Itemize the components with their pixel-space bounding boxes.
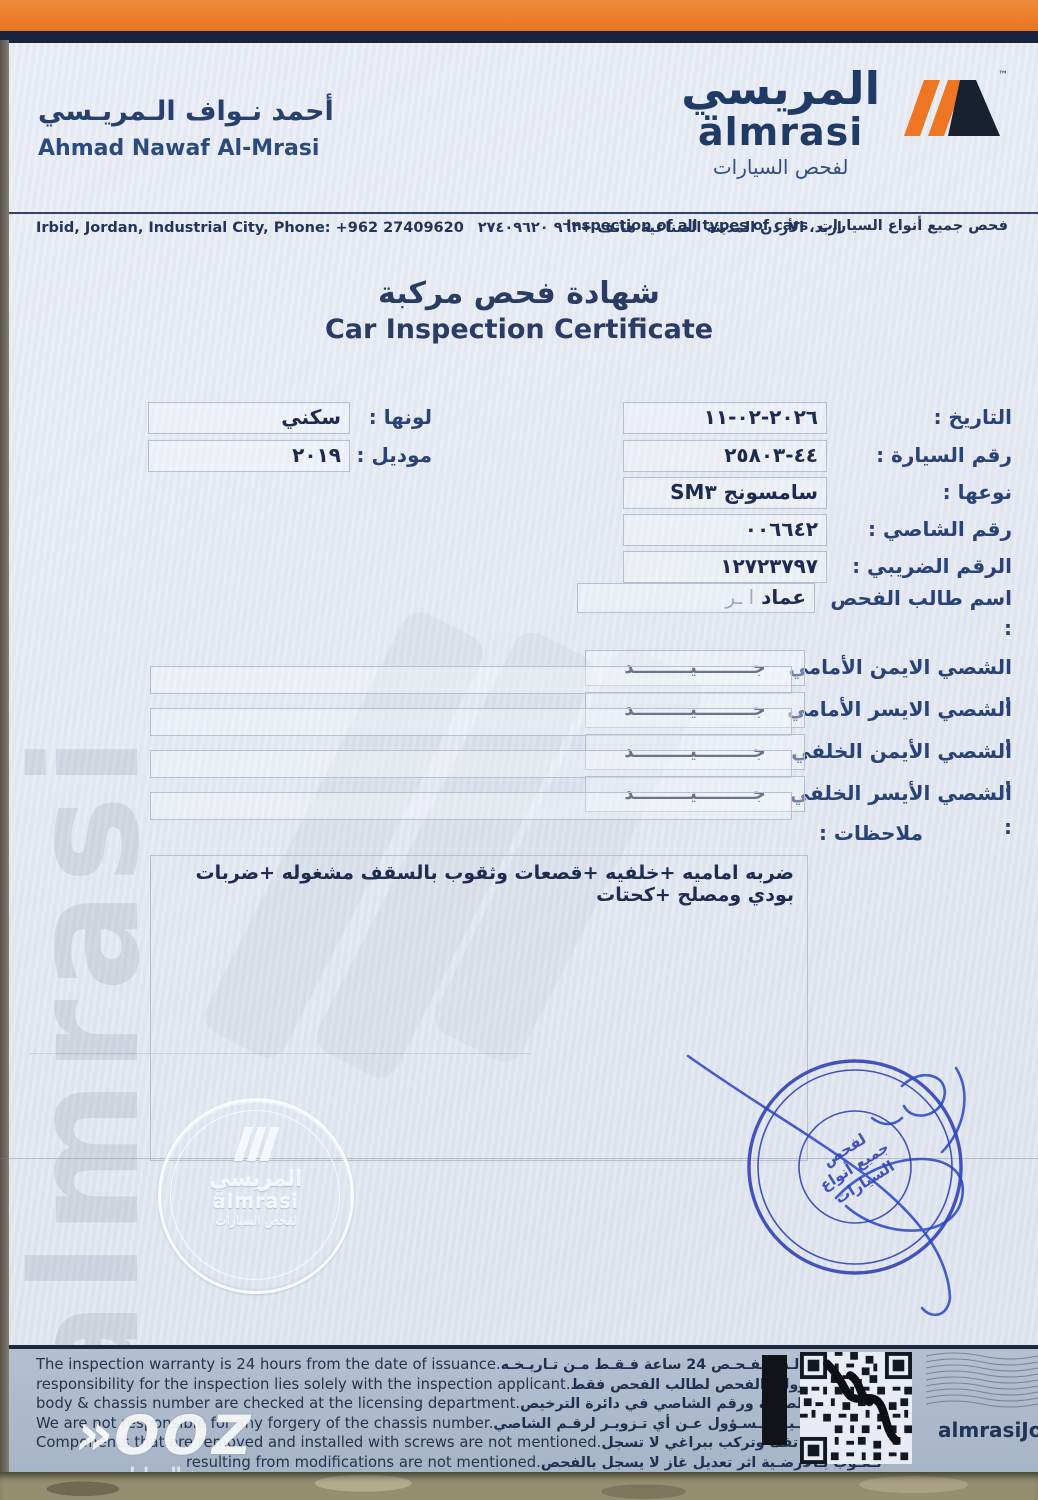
applicant-name-faded-print: ا ـر (725, 585, 754, 609)
field-value-tax-number: ١٢٧٢٣٧٩٧ (624, 552, 826, 581)
inspection-scope: Inspection of all types of cars فحص جميع… (566, 218, 1008, 234)
social-media-row: almrasiJo (926, 1418, 1038, 1442)
brand-text: المريسي älmrasi لفحص السيارات (681, 66, 880, 182)
certificate-title-arabic: شهادة فحص مركبة (0, 276, 1038, 311)
field-label-car-number: رقم السيارة : (822, 440, 1012, 470)
field-box-type: سامسونج SM٣ (623, 477, 827, 509)
field-box-car-number: ٤٤-٢٥٨٠٣ (623, 440, 827, 472)
svg-text:✱ مركز المريسي لفحص جميع أنواع: ✱ مركز المريسي لفحص جميع أنواع السيارات … (740, 1052, 752, 1057)
brand-name-latin: älmrasi (681, 112, 880, 152)
field-value-car-number: ٤٤-٢٥٨٠٣ (624, 441, 826, 470)
brand-tagline: لفحص السيارات (681, 152, 880, 182)
field-label-chassis-number: رقم الشاصي : (822, 514, 1012, 544)
footer-black-bar (762, 1355, 787, 1445)
footer-line-2-ar: مسؤولية الفحص لطالب الفحص فقط (571, 1377, 831, 1393)
inspection-scope-english: Inspection of all types of cars (566, 218, 808, 234)
field-box-color: سكني (148, 402, 350, 434)
field-value-type: سامسونج SM٣ (624, 478, 826, 507)
field-value-applicant-name: عماد ا ـر (578, 584, 814, 611)
notes-text: ضربه اماميه +خلفيه +قصعات وثقوب بالسقف م… (160, 862, 794, 906)
field-value-date: ٢٠٢٦-٠٢-١١ (624, 403, 826, 432)
stamp-ring-text: ✱ مركز المريسي لفحص جميع أنواع السيارات … (740, 1052, 752, 1057)
contact-english: Irbid, Jordan, Industrial City, Phone: +… (36, 220, 464, 236)
header-divider (9, 212, 1038, 214)
photo-background-surface (0, 1472, 1038, 1500)
blue-ink-stamp: ✱ مركز المريسي لفحص جميع أنواع السيارات … (740, 1052, 970, 1282)
document-orange-band (0, 0, 1038, 31)
field-label-model-year: موديل : (352, 440, 432, 470)
owner-name-arabic: أحمد نـواف الـمريـسي (38, 96, 334, 127)
paper-crease-line (30, 1053, 530, 1054)
inspection-scope-arabic: فحص جميع أنواع السيارات (818, 218, 1008, 234)
field-box-model-year: ٢٠١٩ (148, 440, 350, 472)
field-label-tax-number: الرقم الضريبي : (822, 551, 1012, 581)
owner-name-english: Ahmad Nawaf Al-Mrasi (38, 136, 319, 161)
brand-name-arabic: المريسي (681, 66, 880, 112)
qr-code (800, 1352, 912, 1464)
notes-label: ملاحظات : (803, 818, 923, 848)
brand-logo-icon: ™ (894, 66, 1006, 162)
field-box-tax-number: ١٢٧٢٣٧٩٧ (623, 551, 827, 583)
document-navy-band (0, 31, 1038, 43)
footer-line-1-en: The inspection warranty is 24 hours from… (36, 1356, 501, 1373)
chassis-empty-box-rear-right (150, 750, 792, 778)
social-handle: almrasiJo (938, 1418, 1038, 1442)
field-value-model-year: ٢٠١٩ (149, 441, 349, 470)
field-box-applicant-name: عماد ا ـر (577, 583, 815, 613)
embossed-seal: المريسي älmrasi لفحص السيارات (158, 1098, 354, 1294)
side-watermark-text: almrasi (0, 715, 160, 1415)
field-value-chassis-number: ٠٠٦٦٤٢ (624, 515, 826, 544)
field-label-color: لونها : (352, 402, 432, 432)
zooz-watermark: » OOZ جوز السيارات (50, 1408, 280, 1482)
chassis-empty-box-front-left (150, 708, 792, 736)
field-value-color: سكني (149, 403, 349, 432)
chassis-empty-box-rear-left (150, 792, 792, 820)
field-label-applicant-name: اسم طالب الفحص : (817, 583, 1012, 643)
brand-block: المريسي älmrasi لفحص السيارات ™ (681, 66, 1006, 182)
zooz-logo-text: OOZ (109, 1410, 258, 1462)
photo-of-document: almrasi أحمد نـواف الـمريـسي Ahmad Nawaf… (0, 0, 1038, 1500)
footer-line-2-en: responsibility for the inspection lies s… (36, 1376, 571, 1393)
field-box-chassis-number: ٠٠٦٦٤٢ (623, 514, 827, 546)
applicant-name: عماد (761, 585, 806, 609)
field-label-date: التاريخ : (822, 402, 1012, 432)
field-label-type: نوعها : (822, 477, 1012, 507)
chassis-empty-box-front-right (150, 666, 792, 694)
footer-wave-pattern (926, 1352, 1038, 1410)
field-box-date: ٢٠٢٦-٠٢-١١ (623, 402, 827, 434)
certificate-title-english: Car Inspection Certificate (0, 314, 1038, 345)
svg-text:™: ™ (998, 70, 1006, 81)
